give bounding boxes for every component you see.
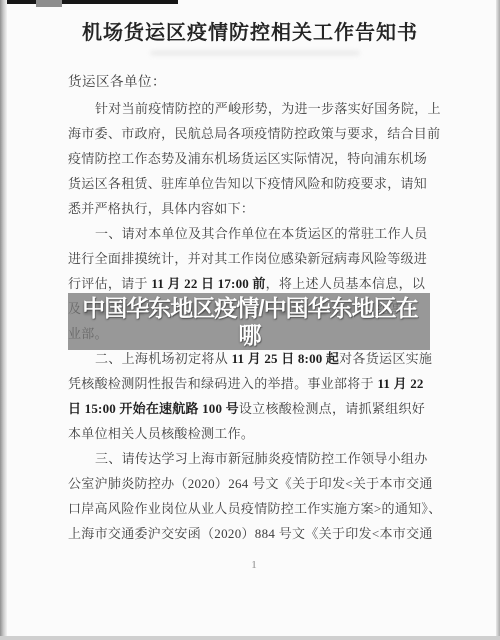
document-line: 海市委、市政府，民航总局各项疫情防控政策与要求，结合目前 xyxy=(68,121,440,146)
document-line: 上海市交通委沪交安函（2020）884 号文《关于印发<本市交通 xyxy=(68,521,440,546)
caption-line-2: 哪 xyxy=(0,322,500,348)
document-line: 悉并严格执行，具体内容如下： xyxy=(68,196,440,221)
document-line: 凭核酸检测阴性报告和绿码进入的举措。事业部将于 11 月 22 xyxy=(68,371,440,396)
document-line: 进行全面排摸统计，并对其工作岗位感染新冠病毒风险等级进 xyxy=(68,246,440,271)
document-photo: 机场货运区疫情防控相关工作告知书 货运区各单位： 针对当前疫情防控的严峻形势，为… xyxy=(0,0,500,640)
photo-top-notch xyxy=(36,0,62,7)
page-number: 1 xyxy=(8,559,500,571)
photo-top-edge xyxy=(0,0,178,4)
document-line: 口岸高风险作业岗位从业人员疫情防控工作实施方案>的通知》、 xyxy=(68,496,440,521)
document-line: 本单位相关人员核酸检测工作。 xyxy=(68,421,440,446)
document-line: 公室沪肺炎防控办（2020）264 号文《关于印发<关于本市交通 xyxy=(68,471,440,496)
document-line: 疫情防控工作态势及浦东机场货运区实际情况，特向浦东机场 xyxy=(68,146,440,171)
document-line: 日 15:00 开始在速航路 100 号设立核酸检测点，请抓紧组织好 xyxy=(68,396,440,421)
document-line: 货运区各租赁、驻库单位告知以下疫情风险和防疫要求，请知 xyxy=(68,171,440,196)
paper-smudge xyxy=(150,50,360,56)
photo-bottom-edge xyxy=(0,636,500,640)
caption-overlay-text: 中国华东地区疫情/中国华东地区在 哪 xyxy=(0,294,500,348)
document-title: 机场货运区疫情防控相关工作告知书 xyxy=(0,16,500,45)
document-line: 一、请对本单位及其合作单位在本货运区的常驻工作人员 xyxy=(68,221,440,246)
caption-line-1: 中国华东地区疫情/中国华东地区在 xyxy=(0,294,500,322)
document-salutation: 货运区各单位： xyxy=(68,70,166,90)
document-line: 三、请传达学习上海市新冠肺炎疫情防控工作领导小组办 xyxy=(68,446,440,471)
photo-right-edge xyxy=(496,0,500,640)
document-line: 针对当前疫情防控的严峻形势，为进一步落实好国务院，上 xyxy=(68,96,440,121)
photo-left-edge xyxy=(0,0,7,640)
